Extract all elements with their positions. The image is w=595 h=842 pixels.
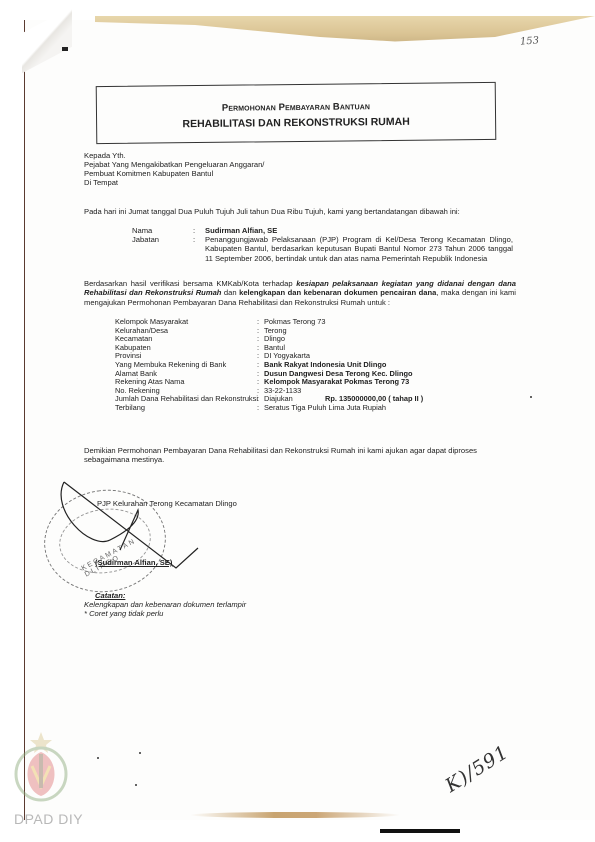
title-line-2: REHABILITASI DAN REKONSTRUKSI RUMAH xyxy=(97,115,495,131)
signer-name-label: Nama xyxy=(132,226,152,235)
signer-position-label: Jabatan xyxy=(132,235,159,244)
signer-position-value: Penanggungjawab Pelaksanaan (PJP) Progra… xyxy=(205,235,513,263)
paper-fold-shadow-bottom xyxy=(190,812,400,818)
title-line-1: Permohonan Pembayaran Bantuan xyxy=(97,100,495,115)
colon: : xyxy=(193,226,195,235)
addressee-line-3: Pembuat Komitmen Kabupaten Bantul xyxy=(84,169,213,178)
notes-line-1: Kelengkapan dan kebenaran dokumen terlam… xyxy=(84,600,246,609)
signer-name-value: Sudirman Alfian, SE xyxy=(205,226,277,235)
colon: : xyxy=(193,235,195,244)
basis-bold: kelengkapan dan kebenaran dokumen pencai… xyxy=(239,288,436,297)
detail-value: Seratus Tiga Puluh Lima Juta Rupiah xyxy=(264,403,386,412)
opening-statement: Pada hari ini Jumat tanggal Dua Puluh Tu… xyxy=(84,207,460,216)
regional-emblem-icon xyxy=(12,730,70,802)
addressee-line-1: Kepada Yth. xyxy=(84,151,126,160)
scanner-footer-bar xyxy=(380,829,460,833)
scan-speck xyxy=(530,396,532,398)
watermark-text: DPAD DIY xyxy=(14,811,83,827)
basis-text: dan xyxy=(221,288,239,297)
scan-speck xyxy=(97,757,99,759)
scan-speck xyxy=(139,752,141,754)
colon: : xyxy=(257,403,259,412)
staple-mark xyxy=(62,47,68,51)
basis-paragraph: Berdasarkan hasil verifikasi bersama KMK… xyxy=(84,279,516,307)
addressee-line-4: Di Tempat xyxy=(84,178,118,187)
notes-heading: Catatan: xyxy=(95,591,125,600)
detail-label: Terbilang xyxy=(115,403,145,412)
scan-speck xyxy=(135,784,137,786)
closing-statement: Demikian Permohonan Pembayaran Dana Reha… xyxy=(84,446,504,465)
basis-text: Berdasarkan hasil verifikasi bersama KMK… xyxy=(84,279,296,288)
signer-role: PJP Kelurahan Terong Kecamatan Dlingo xyxy=(97,499,237,508)
title-box: Permohonan Pembayaran Bantuan REHABILITA… xyxy=(96,82,497,144)
notes-line-2: * Coret yang tidak perlu xyxy=(84,609,163,618)
handwritten-page-number: 153 xyxy=(520,35,540,47)
addressee-line-2: Pejabat Yang Mengakibatkan Pengeluaran A… xyxy=(84,160,264,169)
signer-name-signature: (Sudirman Alfian, SE) xyxy=(95,558,172,567)
